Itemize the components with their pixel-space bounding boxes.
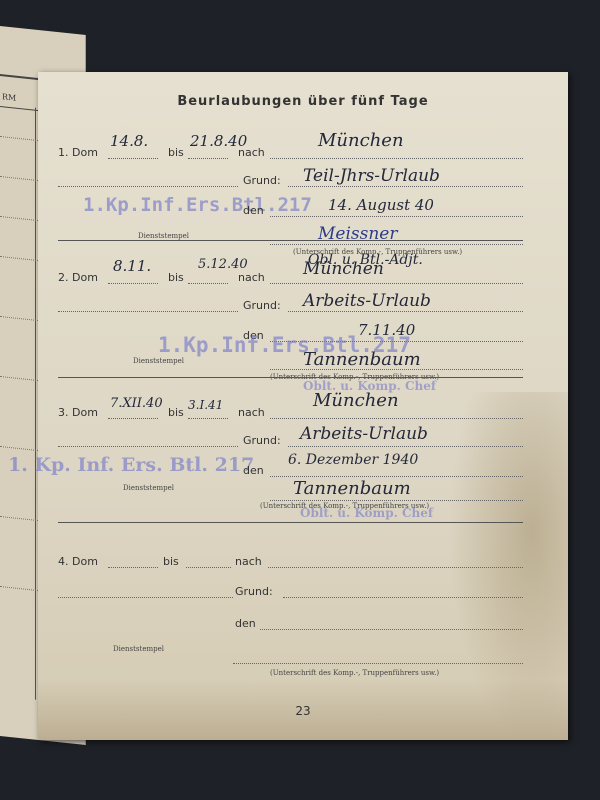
entry-number: 1. [58,146,69,159]
destination: München [313,390,399,411]
issue-date: 6. Dezember 1940 [288,452,418,468]
from-date-field [108,567,158,568]
destination: München [318,130,404,151]
signature: Tannenbaum [293,478,411,499]
reason: Arbeits-Urlaub [300,424,428,444]
destination-field [268,567,523,568]
divider [58,522,523,523]
signature: Tannenbaum [303,349,421,370]
divider [58,377,523,378]
to-date: 5.12.40 [198,257,248,272]
reason: Arbeits-Urlaub [303,291,431,311]
reason-field [283,597,523,598]
signature-field [233,663,523,664]
from-date: 8.11. [113,257,151,275]
from-date: 14.8. [110,132,148,150]
signature: Meissner [318,224,398,244]
unit-stamp: 1. Kp. Inf. Ers. Btl. 217 [8,454,254,476]
document-page: Beurlaubungen über fünf Tage 1. Dom 14.8… [38,72,568,740]
column-divider [35,108,36,700]
rank-stamp: Oblt. u. Komp. Chef [300,506,433,520]
date-field [260,629,523,630]
page-number: 23 [38,704,568,718]
page-title: Beurlaubungen über fünf Tage [38,94,568,109]
unit-stamp: 1.Kp.Inf.Ers.Btl.217 [83,194,312,216]
destination: München [303,259,384,279]
column-rm: RM [2,92,16,102]
from-date: 7.XII.40 [110,396,163,411]
divider [58,240,523,241]
to-date: 3.I.41 [188,398,223,412]
issue-date: 14. August 40 [328,196,434,214]
reason: Teil-Jhrs-Urlaub [303,166,440,186]
to-date-field [186,567,231,568]
